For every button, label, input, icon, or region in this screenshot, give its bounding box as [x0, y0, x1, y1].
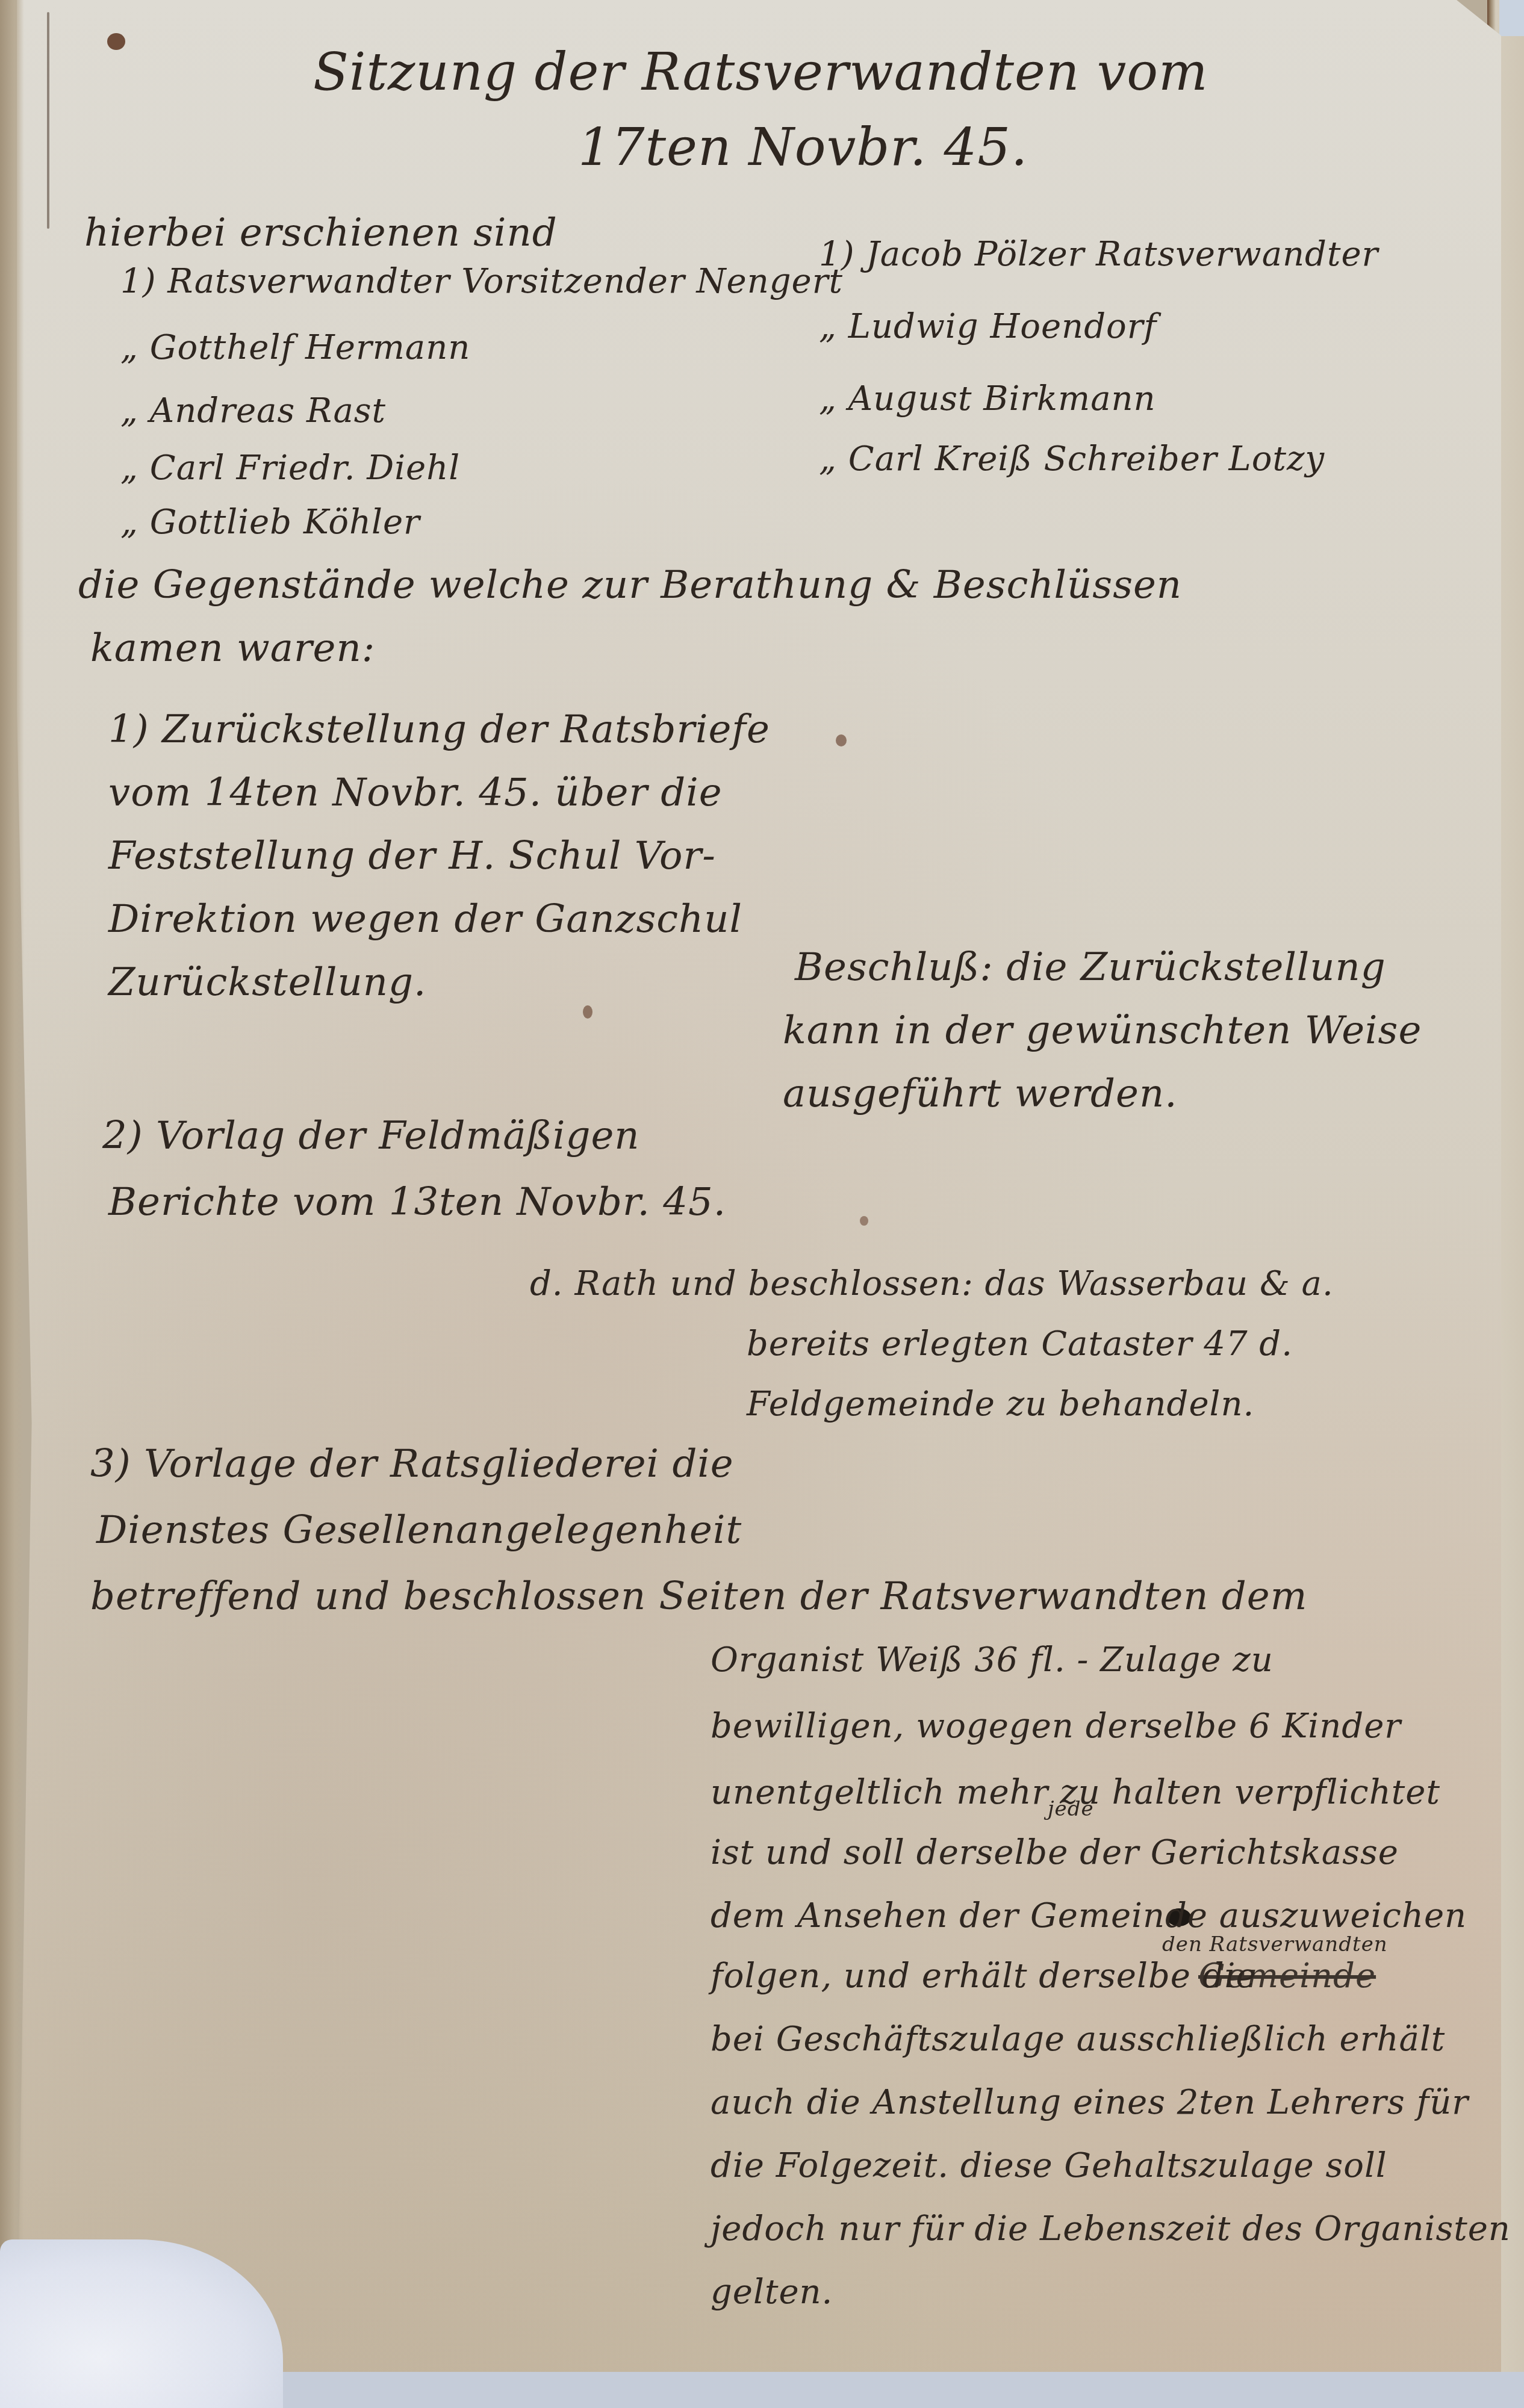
item-resolution-line: auch die Anstellung eines 2ten Lehrers f…: [711, 2083, 1469, 2122]
item-subject-line: 2) Vorlag der Feldmäßigen: [102, 1114, 640, 1158]
item-resolution-line: Beschluß: die Zurückstellung: [795, 945, 1386, 990]
item-resolution-line: bereits erlegten Cataster 47 d.: [747, 1324, 1293, 1364]
ink-stain: [107, 33, 125, 50]
item-resolution-line: ausgeführt werden.: [783, 1072, 1178, 1116]
background-surface: [205, 2372, 1524, 2408]
agenda-intro-line-1: die Gegenstände welche zur Berathung & B…: [78, 563, 1182, 607]
item-resolution-line: bewilligen, wogegen derselbe 6 Kinder: [711, 1707, 1401, 1746]
attendee-right: „ Carl Kreiß Schreiber Lotzy: [819, 439, 1325, 479]
item-resolution-line: folgen, und erhält derselbe die: [711, 1956, 1257, 1996]
item-resolution-line: Feldgemeinde zu behandeln.: [747, 1385, 1254, 1424]
attendee-left: „ Carl Friedr. Diehl: [120, 448, 460, 488]
attendee-right: „ August Birkmann: [819, 379, 1156, 418]
interlinear-insert: jede: [1048, 1797, 1094, 1821]
ink-stain: [836, 734, 847, 746]
heading-line-2: 17ten Novbr. 45.: [578, 117, 1028, 178]
item-subject-line: Feststellung der H. Schul Vor-: [108, 834, 716, 878]
attendee-right: 1) Jacob Pölzer Ratsverwandter: [819, 235, 1378, 274]
ink-stain: [583, 1005, 592, 1019]
item-subject-line: Direktion wegen der Ganzschul: [108, 897, 742, 942]
attendee-left: „ Gotthelf Hermann: [120, 328, 470, 367]
item-subject-line: betreffend und beschlossen Seiten der Ra…: [90, 1574, 1307, 1619]
item-subject-line: 3) Vorlage der Ratsgliederei die: [90, 1442, 734, 1486]
interlinear-insert: den Ratsverwandten: [1162, 1932, 1388, 1956]
item-resolution-line: jedoch nur für die Lebenszeit des Organi…: [711, 2209, 1511, 2248]
item-subject-line: vom 14ten Novbr. 45. über die: [108, 771, 723, 815]
item-resolution-line: kann in der gewünschten Weise: [783, 1008, 1422, 1053]
attendee-left: „ Gottlieb Köhler: [120, 503, 420, 542]
attendee-right: „ Ludwig Hoendorf: [819, 307, 1157, 346]
item-subject-line: Dienstes Gesellenangelegenheit: [96, 1508, 742, 1553]
item-subject-line: 1) Zurückstellung der Ratsbriefe: [108, 707, 770, 752]
item-resolution-line: bei Geschäftszulage ausschließlich erhäl…: [711, 2020, 1445, 2059]
attendance-intro: hierbei erschienen sind: [84, 211, 558, 255]
struck-word: Gemeinde: [1198, 1956, 1376, 1996]
agenda-intro-line-2: kamen waren:: [90, 626, 375, 671]
item-resolution-line: d. Rath und beschlossen: das Wasserbau &…: [530, 1264, 1334, 1303]
item-resolution-line: die Folgezeit. diese Gehaltszulage soll: [711, 2146, 1387, 2185]
book-edge-left: [0, 0, 24, 2408]
item-resolution-line: dem Ansehen der Gemeinde auszuweichen: [711, 1896, 1467, 1935]
item-resolution-line: ist und soll derselbe der Gerichtskasse: [711, 1833, 1399, 1872]
item-resolution-line: Organist Weiß 36 fl. - Zulage zu: [711, 1640, 1274, 1680]
fold-crease: [47, 12, 49, 229]
item-subject-line: Berichte vom 13ten Novbr. 45.: [108, 1180, 726, 1224]
background-surface: [1499, 0, 1524, 36]
heading-line-1: Sitzung der Ratsverwandten vom: [313, 42, 1208, 102]
attendee-left: 1) Ratsverwandter Vorsitzender Nengert: [120, 262, 843, 301]
attendee-left: „ Andreas Rast: [120, 391, 386, 430]
item-resolution-line: gelten.: [711, 2273, 833, 2312]
ink-stain: [860, 1216, 868, 1226]
item-subject-line: Zurückstellung.: [108, 960, 426, 1005]
